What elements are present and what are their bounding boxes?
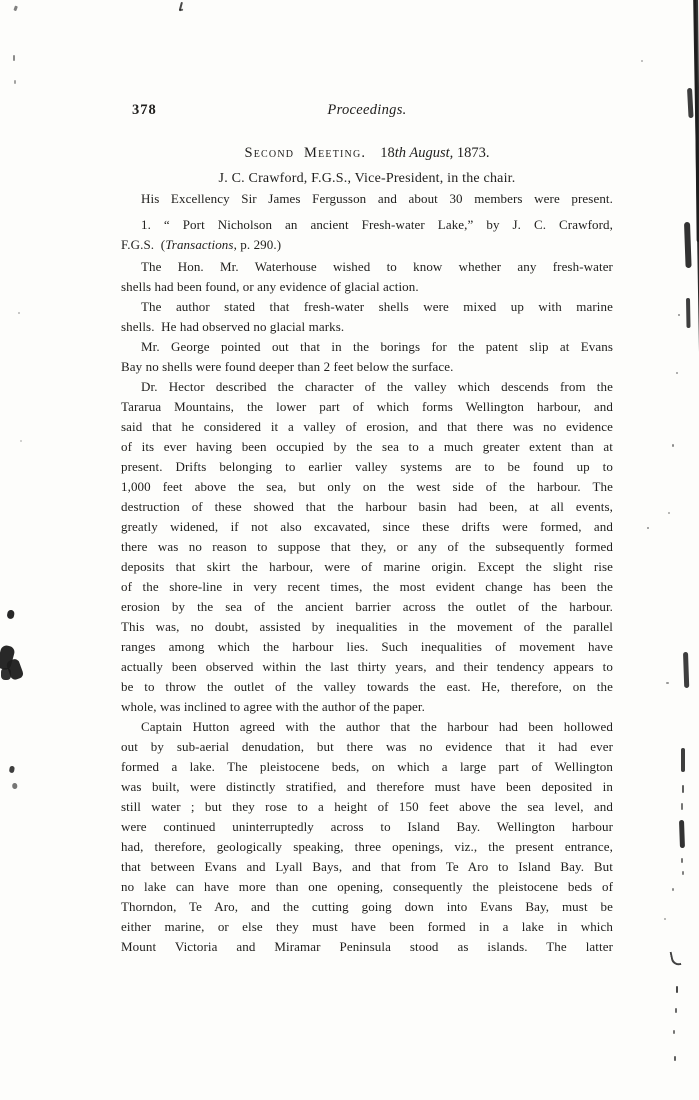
scan-artifact [18, 312, 20, 314]
page-number: 378 [132, 100, 157, 120]
scan-artifact [682, 871, 684, 875]
text-line: F.G.S. (Transactions, p. 290.) [121, 235, 613, 255]
text-line: that between Evans and Lyall Bays, and t… [121, 857, 613, 877]
text-line: Captain Hutton agreed with the author th… [121, 717, 613, 737]
scanned-document-page: 378 Proceedings. Second Meeting.18th Aug… [0, 0, 699, 1100]
text-line: Thorndon, Te Aro, and the cutting going … [121, 897, 613, 917]
text-line: of its ever having been occupied by the … [121, 437, 613, 457]
scan-artifact [664, 918, 666, 920]
paragraph: The Hon. Mr. Waterhouse wished to know w… [121, 257, 613, 297]
scan-artifact [13, 55, 15, 61]
text-line: The Hon. Mr. Waterhouse wished to know w… [121, 257, 613, 277]
paragraph: Dr. Hector described the character of th… [121, 377, 613, 717]
text-line: greatly widened, if not also excavated, … [121, 517, 613, 537]
scan-artifact [647, 527, 649, 529]
paragraph: His Excellency Sir James Fergusson and a… [121, 189, 613, 209]
chair-line: J. C. Crawford, F.G.S., Vice-President, … [121, 169, 613, 189]
scan-artifact [1, 668, 11, 680]
paragraph: The author stated that fresh-water shell… [121, 297, 613, 337]
text-line: still water ; but they rose to a height … [121, 797, 613, 817]
text-line: The author stated that fresh-water shell… [121, 297, 613, 317]
paragraph: 1. “ Port Nicholson an ancient Fresh-wat… [121, 215, 613, 255]
scan-artifact [672, 888, 674, 891]
text-line: be to throw the outlet of the valley tow… [121, 677, 613, 697]
scan-artifact [673, 1030, 675, 1034]
text-line: 1,000 feet above the sea, but only on th… [121, 477, 613, 497]
scan-artifact [686, 298, 691, 328]
text-line: Dr. Hector described the character of th… [121, 377, 613, 397]
text-line: erosion by the sea of the ancient barrie… [121, 597, 613, 617]
scan-artifact [666, 682, 669, 684]
text-line: present. Drifts belonging to earlier val… [121, 457, 613, 477]
scan-artifact [681, 858, 683, 863]
text-line: This was, no doubt, assisted by inequali… [121, 617, 613, 637]
text-line: said that he considered it a valley of e… [121, 417, 613, 437]
text-line: ranges among which the harbour lies. Suc… [121, 637, 613, 657]
text-line: 1. “ Port Nicholson an ancient Fresh-wat… [121, 215, 613, 235]
scan-artifact [14, 80, 16, 84]
scan-artifact [681, 748, 685, 772]
text-line: Bay no shells were found deeper than 2 f… [121, 357, 613, 377]
text-line: had, therefore, geologically speaking, t… [121, 837, 613, 857]
text-line: Mount Victoria and Miramar Peninsula sto… [121, 937, 613, 957]
text-line: Mr. George pointed out that in the borin… [121, 337, 613, 357]
scan-artifact [682, 785, 684, 793]
scan-artifact [676, 986, 678, 993]
scan-artifact [6, 609, 14, 619]
scan-artifact [12, 783, 18, 789]
paragraph: Captain Hutton agreed with the author th… [121, 717, 613, 957]
scan-artifact [641, 60, 643, 62]
text-line: out by sub-aerial denudation, but there … [121, 737, 613, 757]
scan-artifact [20, 440, 22, 442]
meeting-heading: Second Meeting.18th August, 1873. [121, 143, 613, 163]
text-line: formed a lake. The pleistocene beds, on … [121, 757, 613, 777]
scan-artifact [672, 444, 674, 447]
running-title: Proceedings. [327, 102, 406, 118]
text-line: either marine, or else they must have be… [121, 917, 613, 937]
scan-artifact [681, 803, 683, 810]
text-line: actually been observed within the last t… [121, 657, 613, 677]
scan-artifact [675, 1008, 677, 1013]
text-line: shells had been found, or any evidence o… [121, 277, 613, 297]
scan-artifact [684, 222, 692, 268]
scan-artifact [670, 950, 682, 967]
scan-artifact [687, 88, 694, 118]
paragraph: Mr. George pointed out that in the borin… [121, 337, 613, 377]
text-line: no lake can have more than one opening, … [121, 877, 613, 897]
scan-artifact [674, 1056, 676, 1061]
scan-artifact [678, 314, 680, 316]
text-line: of the shore-line in very recent times, … [121, 577, 613, 597]
meeting-date: 18th August, 1873. [380, 145, 489, 161]
scan-artifact [9, 766, 15, 774]
scan-artifact [679, 820, 685, 848]
text-line: destruction of these showed that the har… [121, 497, 613, 517]
running-header: 378 Proceedings. [121, 100, 613, 120]
scan-artifact [179, 9, 183, 12]
scan-artifact [668, 512, 670, 514]
text-line: whole, was inclined to agree with the au… [121, 697, 613, 717]
text-line: there was no reason to suppose that they… [121, 537, 613, 557]
scan-artifact [683, 652, 689, 688]
text-line: His Excellency Sir James Fergusson and a… [121, 189, 613, 209]
text-line: deposits that skirt the harbour, were of… [121, 557, 613, 577]
text-line: were continued uninterruptedly across to… [121, 817, 613, 837]
meeting-title: Second Meeting. [244, 145, 366, 161]
body-text: His Excellency Sir James Fergusson and a… [121, 189, 613, 957]
text-line: Tararua Mountains, the lower part of whi… [121, 397, 613, 417]
scan-artifact [13, 5, 18, 11]
text-line: was built, were distinctly stratified, a… [121, 777, 613, 797]
scan-artifact [694, 0, 699, 242]
scan-artifact [676, 372, 678, 374]
text-line: shells. He had observed no glacial marks… [121, 317, 613, 337]
